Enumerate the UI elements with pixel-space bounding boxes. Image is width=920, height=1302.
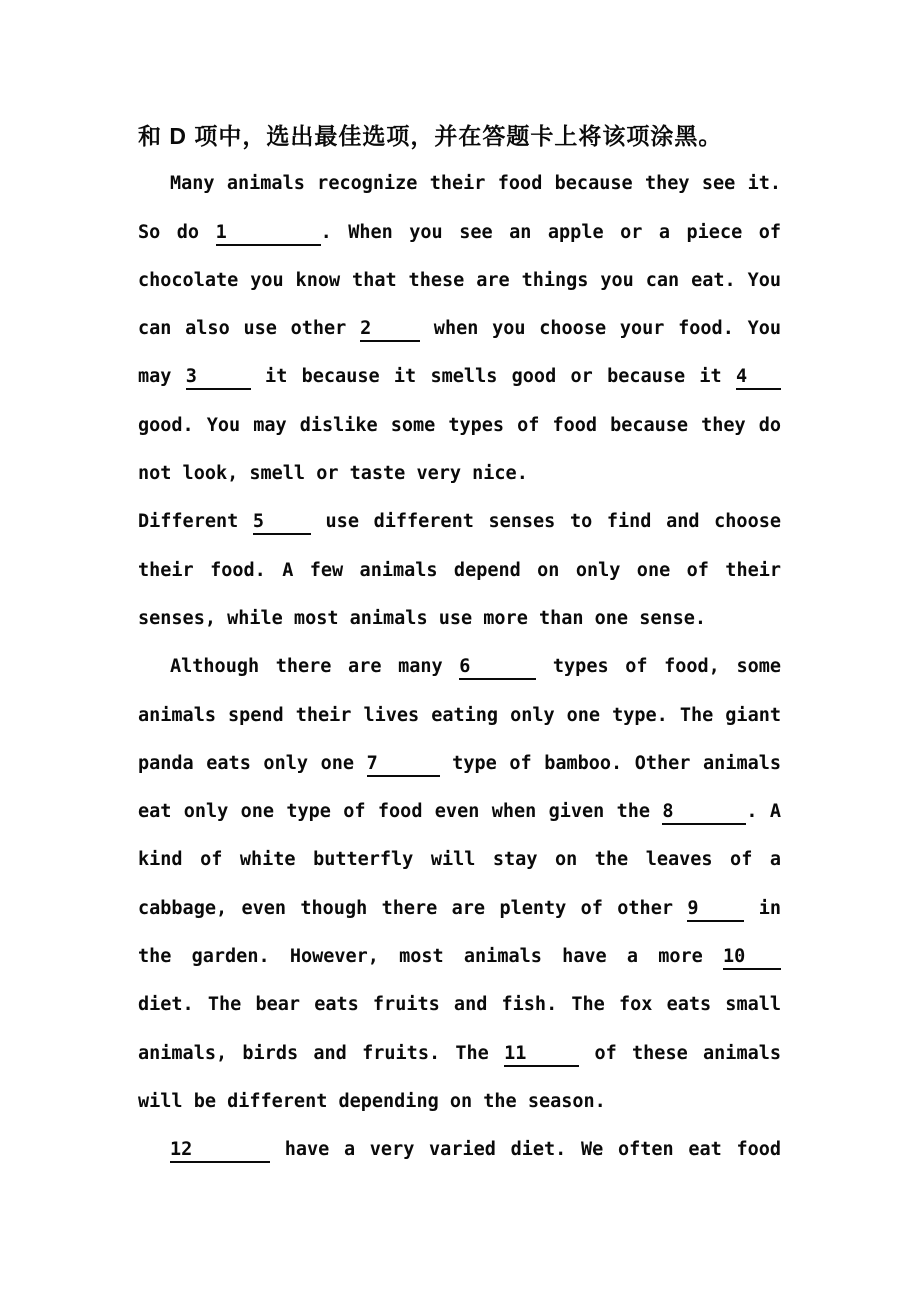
cloze-blank-5: 5 [253, 511, 311, 535]
cloze-blank-11: 11 [504, 1043, 579, 1067]
cloze-blank-8: 8 [662, 801, 746, 825]
text-line: will be different depending on the seaso… [138, 1078, 781, 1126]
cloze-blank-4: 4 [736, 366, 781, 390]
text-line: animals, birds and fruits. The 11 of the… [138, 1030, 781, 1078]
cloze-blank-10: 10 [723, 946, 781, 970]
cloze-passage: Many animals recognize their food becaus… [138, 160, 781, 1174]
text-line: cabbage, even though there are plenty of… [138, 885, 781, 933]
text-line: Although there are many 6 types of food,… [138, 643, 781, 691]
cloze-blank-1: 1 [216, 222, 321, 246]
text-line: 12 have a very varied diet. We often eat… [138, 1126, 781, 1174]
text-line: senses, while most animals use more than… [138, 595, 781, 643]
text-line: So do 1. When you see an apple or a piec… [138, 209, 781, 257]
instructions-line: 和 D 项中，选出最佳选项，并在答题卡上将该项涂黑。 [138, 112, 781, 160]
cloze-blank-6: 6 [459, 656, 536, 680]
text-line: Many animals recognize their food becaus… [138, 160, 781, 208]
text-line: diet. The bear eats fruits and fish. The… [138, 981, 781, 1029]
cloze-blank-2: 2 [360, 318, 420, 342]
text-line: panda eats only one 7 type of bamboo. Ot… [138, 740, 781, 788]
text-line: not look, smell or taste very nice. [138, 450, 781, 498]
text-line: the garden. However, most animals have a… [138, 933, 781, 981]
text-line: animals spend their lives eating only on… [138, 692, 781, 740]
exam-page: 和 D 项中，选出最佳选项，并在答题卡上将该项涂黑。 Many animals … [0, 0, 920, 1302]
text-line: chocolate you know that these are things… [138, 257, 781, 305]
cloze-blank-12: 12 [170, 1139, 270, 1163]
text-line: kind of white butterfly will stay on the… [138, 836, 781, 884]
text-line: Different 5 use different senses to find… [138, 498, 781, 546]
cloze-blank-3: 3 [186, 366, 251, 390]
text-line: eat only one type of food even when give… [138, 788, 781, 836]
text-line: can also use other 2 when you choose you… [138, 305, 781, 353]
page-content: 和 D 项中，选出最佳选项，并在答题卡上将该项涂黑。 Many animals … [138, 112, 781, 1175]
text-line: may 3 it because it smells good or becau… [138, 353, 781, 401]
cloze-blank-7: 7 [367, 753, 440, 777]
text-line: good. You may dislike some types of food… [138, 402, 781, 450]
text-line: their food. A few animals depend on only… [138, 547, 781, 595]
cloze-blank-9: 9 [687, 898, 744, 922]
